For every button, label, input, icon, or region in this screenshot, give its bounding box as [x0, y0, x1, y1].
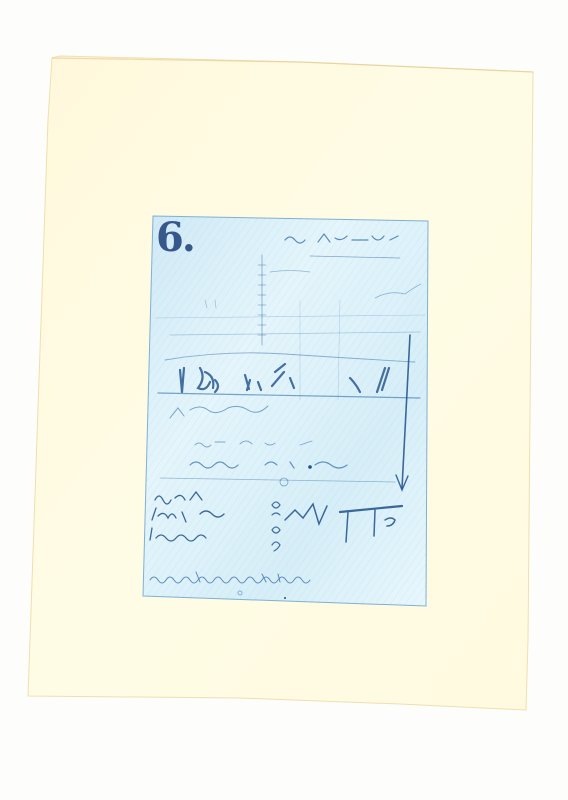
plate-number: 6.: [156, 218, 194, 258]
scanned-sheet: [0, 0, 568, 800]
etching-plate: [143, 216, 428, 606]
